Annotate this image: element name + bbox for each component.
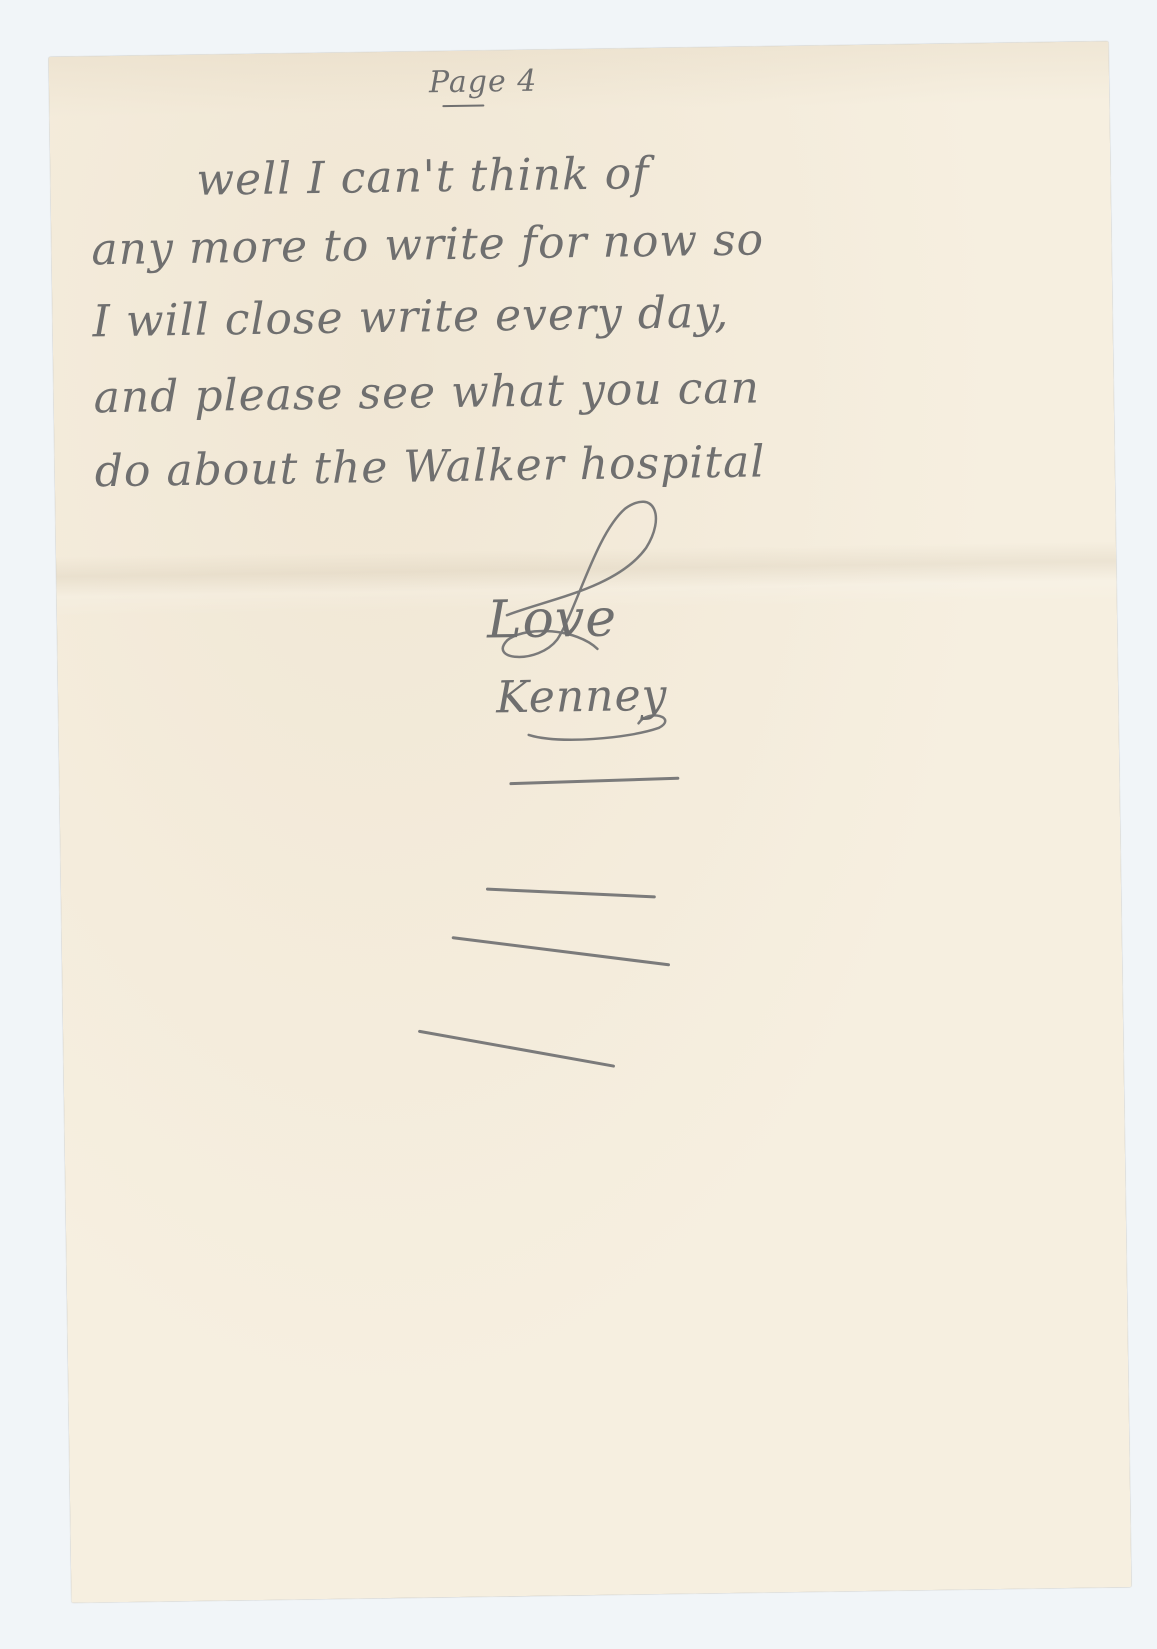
letter-line-1: well I can't think of	[196, 148, 650, 206]
letter-line-4: and please see what you can	[93, 362, 760, 423]
decorative-pencil-stroke	[452, 936, 671, 966]
letter-closing: Love	[487, 589, 618, 651]
decorative-pencil-stroke	[418, 1030, 615, 1068]
letter-line-2: any more to write for now so	[91, 214, 764, 275]
decorative-pencil-stroke	[509, 777, 679, 785]
page-number-label: Page 4	[429, 64, 538, 101]
page-label-underline	[442, 104, 484, 107]
letter-line-3: I will close write every day,	[92, 287, 729, 347]
letter-page: Page 4 well I can't think of any more to…	[49, 41, 1132, 1603]
decorative-pencil-stroke	[486, 888, 656, 899]
letter-signature: Kenney	[496, 670, 668, 724]
